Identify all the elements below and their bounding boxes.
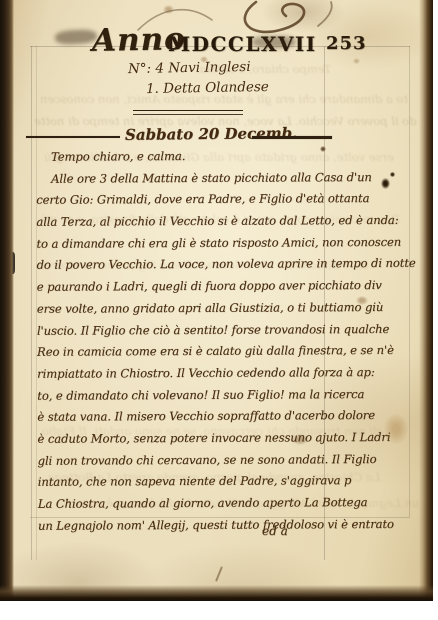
- body-line: Reo in camicia come era si è calato giù …: [37, 343, 337, 366]
- body-line: è stata vana. Il misero Vecchio sopraffa…: [37, 408, 337, 431]
- year-roman: MDCCLXVII: [168, 32, 317, 56]
- manuscript-page: to a dimandare chi era gli è stato rispo…: [0, 0, 433, 601]
- body-line: rimpiattato in Chiostro. Il Vecchio cede…: [37, 365, 337, 388]
- body-line: intanto, che non sapeva niente del Padre…: [38, 474, 338, 497]
- body-line: certo Gio: Grimaldi, dove era Padre, e F…: [36, 192, 336, 215]
- catchword: ed à: [262, 524, 288, 538]
- folio-number: 253: [326, 33, 367, 54]
- ornament-double-rule: [133, 110, 243, 115]
- body-line: erse volte, anno gridato apri alla Giust…: [37, 300, 337, 323]
- body-line: alla Terza, al picchio il Vecchio si è a…: [36, 213, 336, 236]
- page-edge-right: [419, 0, 433, 601]
- body-line: La Chiostra, quando al giorno, avendo ap…: [38, 495, 338, 518]
- date-rule-left: [26, 136, 120, 138]
- hairline-mark: [215, 566, 223, 582]
- body-line: Alle ore 3 della Mattina è stato picchia…: [36, 170, 336, 193]
- ink-blot: [390, 172, 395, 177]
- margin-rule-left: [31, 46, 32, 560]
- date-heading-row: Sabbato 20 Decemb.: [26, 126, 332, 146]
- body-line: un Legnajolo nom' Allegij, questi tutto …: [38, 517, 338, 540]
- page-edge-bottom: [0, 585, 433, 601]
- body-line: e paurando i Ladri, quegli di fuora dopp…: [37, 278, 337, 301]
- binding-edge: [0, 0, 14, 601]
- margin-rule-right-outer: [409, 46, 410, 517]
- foxing-spot: [163, 5, 174, 14]
- body-line: do il povero Vecchio. La voce, non volev…: [37, 257, 337, 280]
- body-line: gli non trovando chi cercavano, se ne so…: [38, 452, 338, 475]
- subheader-ships: N°: 4 Navi Inglesi: [128, 59, 251, 77]
- subheader-detail: 1. Detta Olandese: [146, 79, 269, 97]
- date-rule-right: [252, 136, 332, 139]
- ink-blot: [381, 178, 390, 189]
- body-line: è caduto Morto, senza potere invocare ne…: [37, 430, 337, 453]
- entry-body: Tempo chiaro, e calma. Alle ore 3 della …: [36, 148, 338, 540]
- date-heading: Sabbato 20 Decemb.: [125, 124, 297, 144]
- body-line: to, e dimandato chi volevano! Il suo Fig…: [37, 387, 337, 410]
- foxing-spot: [353, 58, 360, 64]
- body-line: to a dimandare chi era gli è stato rispo…: [36, 235, 336, 258]
- body-line: l'uscio. Il Figlio che ciò à sentito! fo…: [37, 322, 337, 345]
- body-line: Tempo chiaro, e calma.: [36, 148, 336, 171]
